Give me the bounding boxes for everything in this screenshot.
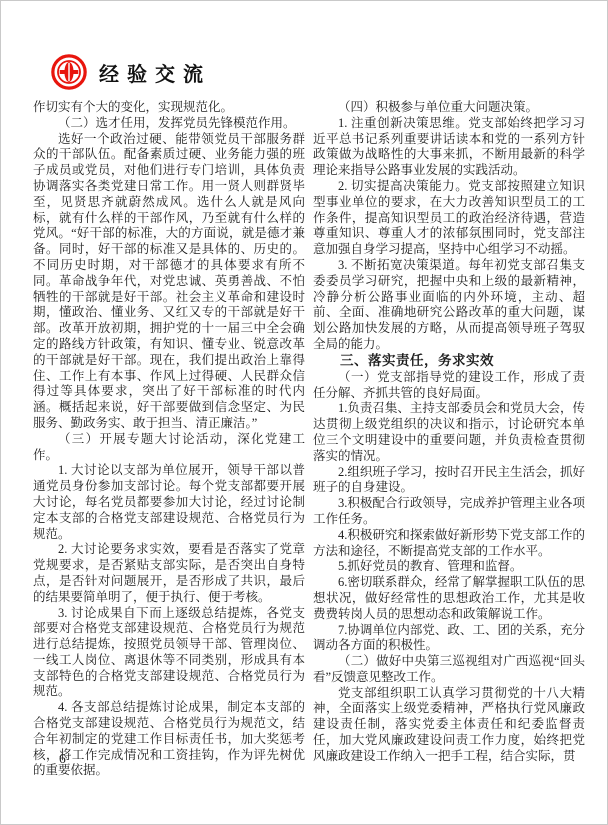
column-title: 经验交流 <box>99 58 211 87</box>
paragraph: 7.协调单位内部党、政、工、团的关系，充分调动各方面的积极性。 <box>313 623 585 655</box>
paragraph: 3.积极配合行政领导，完成养护管理主业各项工作任务。 <box>313 496 585 528</box>
paragraph: 三、落实责任，务求实效 <box>313 353 585 370</box>
paragraph: 2.组织班子学习，按时召开民主生活会，抓好班子的自身建设。 <box>313 465 585 497</box>
paragraph: 选好一个政治过硬、能带领党员干部服务群众的干部队伍。配备素质过硬、业务能力强的班… <box>33 132 305 432</box>
right-column: （四）积极参与单位重大问题决策。1. 注重创新决策思维。党支部始终把学习习近平总… <box>313 100 585 779</box>
left-column: 作切实有个大的变化，实现规范化。（二）选才任用，发挥党员先锋模范作用。选好一个政… <box>33 100 305 779</box>
paragraph: 1.负责召集、主持支部委员会和党员大会，传达贯彻上级党组织的决议和指示，讨论研究… <box>313 401 585 464</box>
paragraph: （二）选才任用，发挥党员先锋模范作用。 <box>33 116 305 132</box>
paragraph: 1. 大讨论以支部为单位展开，领导干部以普通党员身份参加支部讨论。每个党支部都要… <box>33 463 305 542</box>
page-number: 6 <box>59 751 66 767</box>
paragraph: （二）做好中央第三巡视组对广西巡视“回头看”反馈意见整改工作。 <box>313 654 585 686</box>
document-page: 经验交流 作切实有个大的变化，实现规范化。（二）选才任用，发挥党员先锋模范作用。… <box>0 0 608 825</box>
paragraph: 5.抓好党员的教育、管理和监督。 <box>313 559 585 575</box>
page-header: 经验交流 <box>50 53 211 91</box>
paragraph: 3. 讨论成果自下而上逐级总结提炼，各党支部要对合格党支部建设规范、合格党员行为… <box>33 606 305 701</box>
paragraph: 2. 切实提高决策能力。党支部按照建立知识型事业单位的要求，在大力改善知识型员工… <box>313 179 585 258</box>
paragraph: 6.密切联系群众，经常了解掌握职工队伍的思想状况，做好经常性的思想政治工作，尤其… <box>313 575 585 622</box>
paragraph: 4. 各支部总结提炼讨论成果，制定本支部的合格党支部建设规范、合格党员行为规范文… <box>33 700 305 779</box>
paragraph: 作切实有个大的变化，实现规范化。 <box>33 100 305 116</box>
article-body: 作切实有个大的变化，实现规范化。（二）选才任用，发挥党员先锋模范作用。选好一个政… <box>33 100 585 779</box>
trade-union-emblem-icon <box>50 53 88 91</box>
paragraph: （四）积极参与单位重大问题决策。 <box>313 100 585 116</box>
paragraph: 2. 大讨论要务求实效，要看是否落实了党章党规要求，是否紧贴支部实际，是否突出自… <box>33 542 305 605</box>
paragraph: 3. 不断拓宽决策渠道。每年初党支部召集支委委员学习研究，把握中央和上级的最新精… <box>313 258 585 353</box>
paragraph: 党支部组织职工认真学习贯彻党的十八大精神，全面落实上级党委精神，严格执行党风廉政… <box>313 686 585 765</box>
paragraph: （三）开展专题大讨论活动，深化党建工作。 <box>33 432 305 464</box>
paragraph: 4.积极研究和探索做好新形势下党支部工作的方法和途径，不断提高党支部的工作水平。 <box>313 528 585 560</box>
paragraph: 1. 注重创新决策思维。党支部始终把学习习近平总书记系列重要讲话读本和党的一系列… <box>313 116 585 179</box>
paragraph: （一）党支部指导党的建设工作，形成了责任分解、齐抓共管的良好局面。 <box>313 370 585 402</box>
